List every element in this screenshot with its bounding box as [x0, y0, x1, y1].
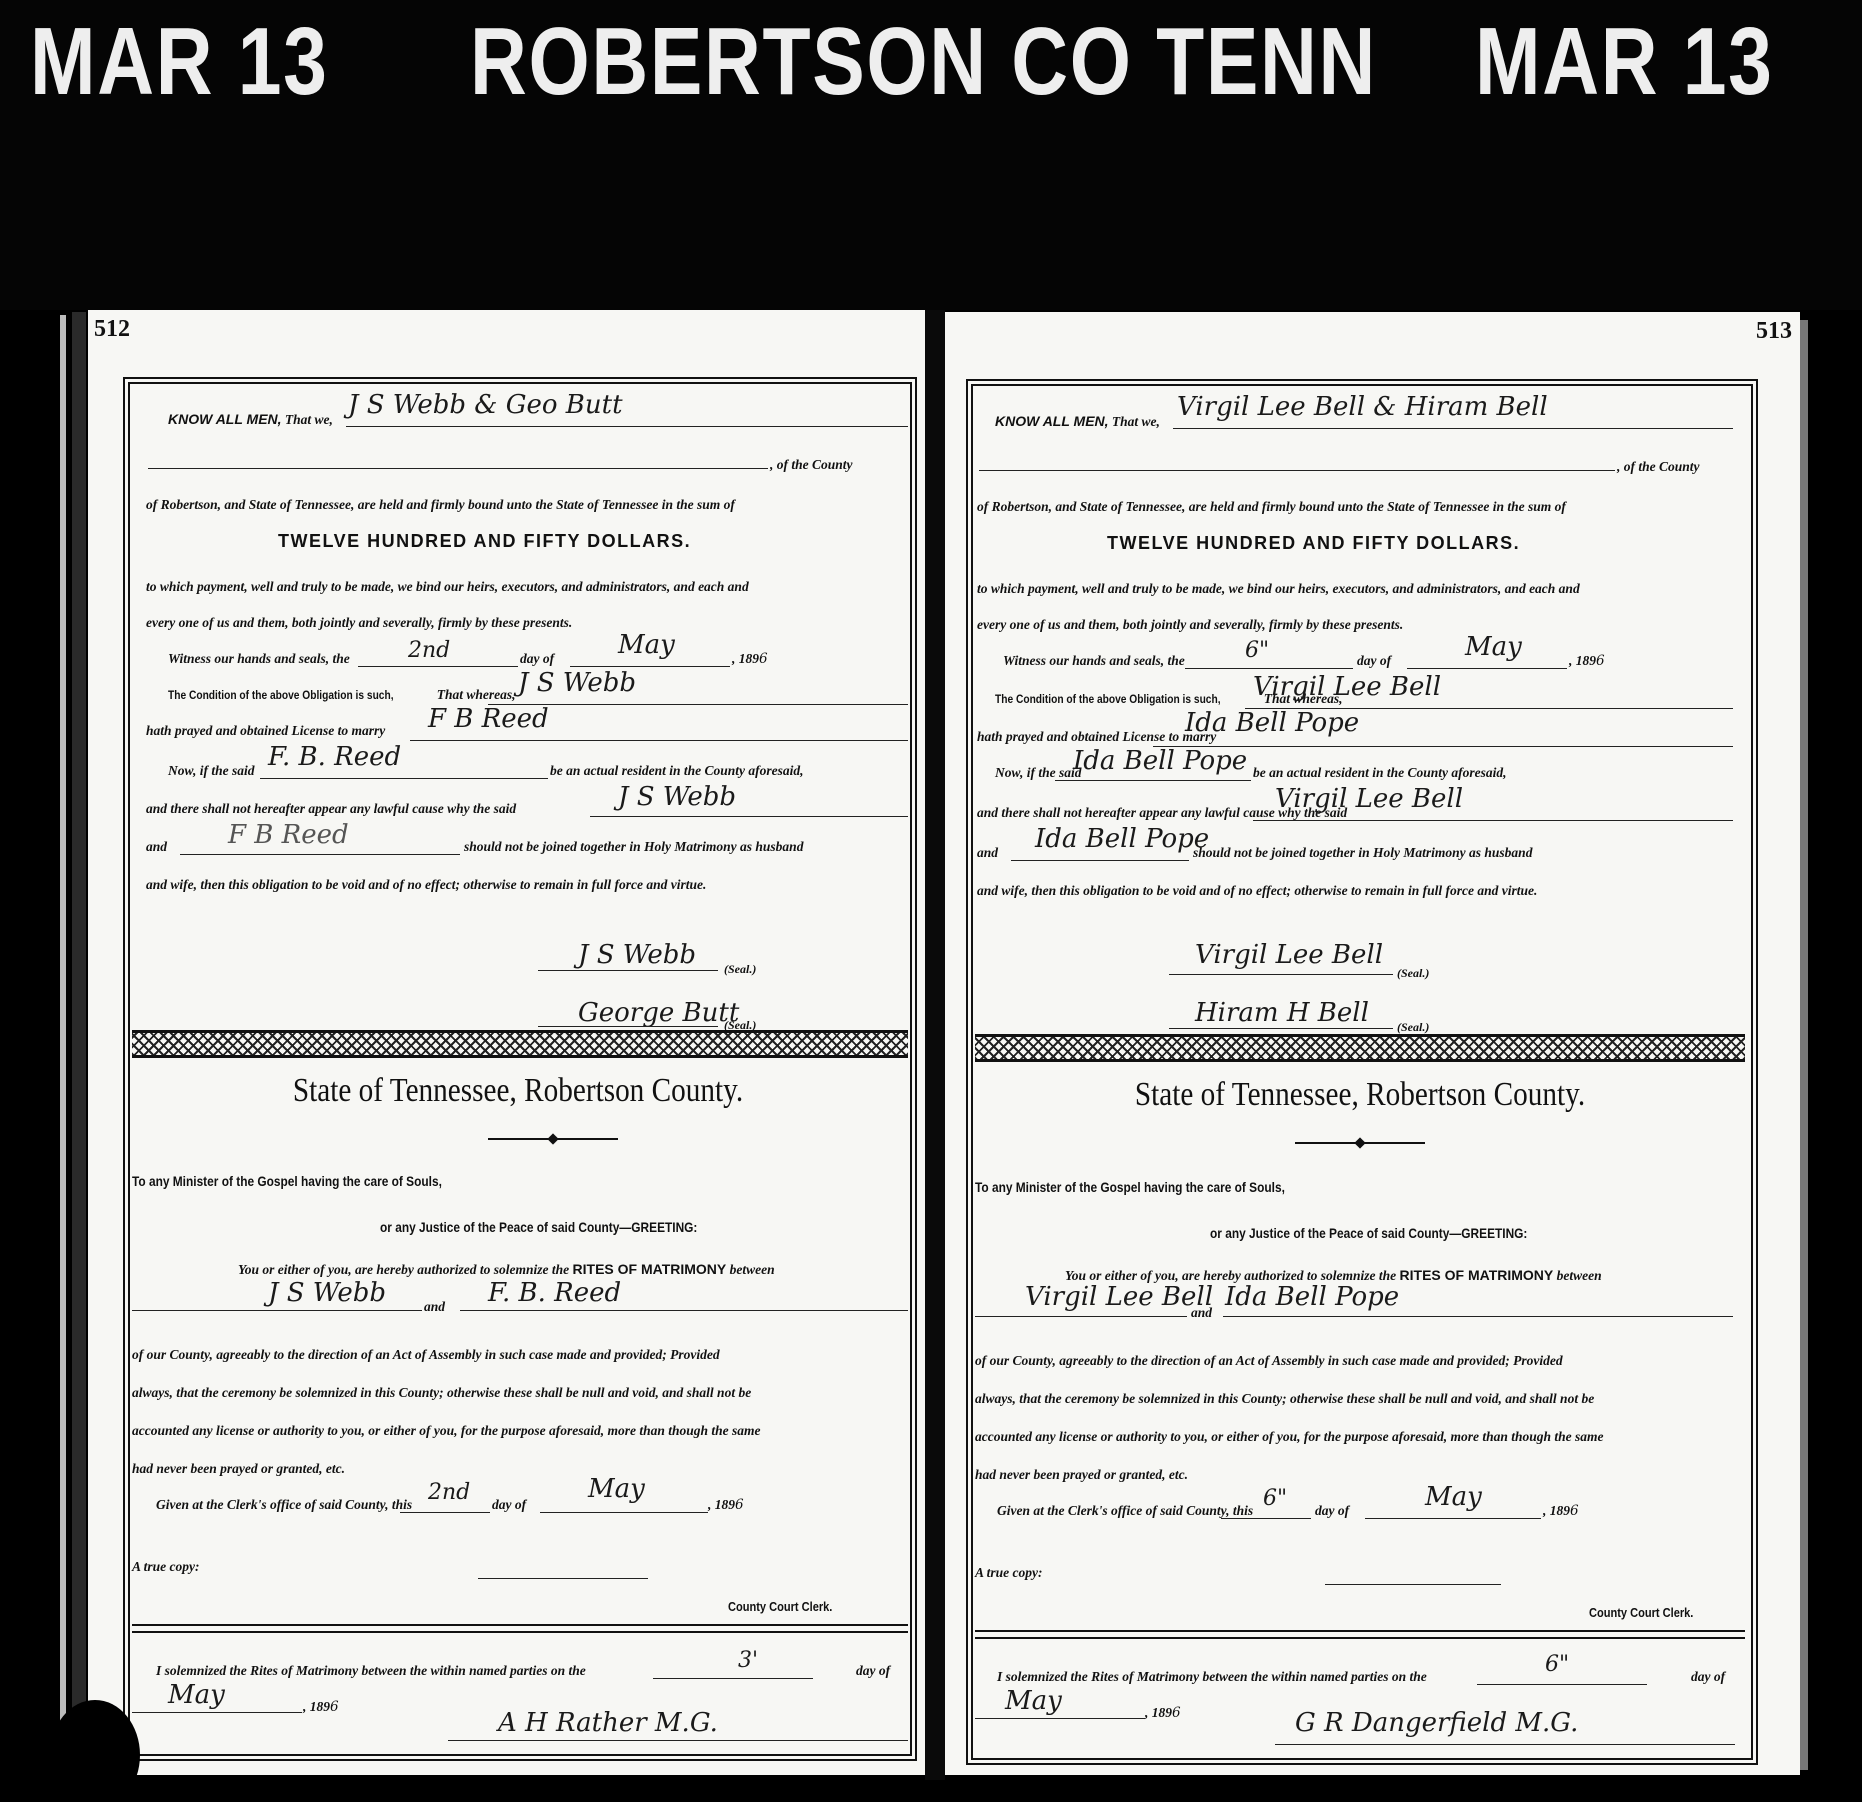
bond-amount: TWELVE HUNDRED AND FIFTY DOLLARS.: [1107, 534, 1520, 552]
book-edge-right: [1800, 320, 1808, 1770]
title-divider: [1295, 1142, 1425, 1144]
given-year: , 1896: [1543, 1502, 1579, 1520]
fill-line: [132, 1310, 422, 1311]
bond-amount: TWELVE HUNDRED AND FIFTY DOLLARS.: [278, 532, 691, 550]
fill-line: [148, 468, 768, 469]
license-para-3: accounted any license or authority to yo…: [975, 1428, 1604, 1446]
license-bride: F B Reed: [428, 706, 549, 732]
witness-day: 2nd: [408, 640, 450, 662]
title-divider: [488, 1138, 618, 1140]
fill-line: [1477, 1684, 1647, 1685]
officiant-signature: A H Rather M.G.: [498, 1710, 718, 1736]
solemnized-month: May: [168, 1682, 225, 1708]
witness-label: Witness our hands and seals, the: [1003, 652, 1185, 670]
license-title: State of Tennessee, Robertson County.: [1025, 1076, 1694, 1114]
void-label: and wife, then this obligation to be voi…: [977, 882, 1537, 900]
and-name: F B Reed: [228, 822, 349, 848]
now-if-name: Ida Bell Pope: [1073, 748, 1247, 774]
bond-of-county: , of the County: [770, 456, 853, 474]
fill-line: [1055, 780, 1251, 781]
fill-line: [1221, 1518, 1311, 1519]
given-month: May: [1425, 1484, 1482, 1510]
witness-day-of: day of: [1357, 652, 1391, 670]
ornamental-border: [132, 1030, 908, 1058]
given-year: , 1896: [708, 1496, 744, 1514]
signature-line: [538, 970, 718, 971]
license-para-1: of our County, agreeably to the directio…: [975, 1352, 1563, 1370]
solemnized-year: , 1896: [1145, 1704, 1181, 1722]
solemnized-month: May: [1005, 1688, 1062, 1714]
fill-line: [1365, 1518, 1541, 1519]
witness-year: , 1896: [1569, 652, 1605, 670]
witness-day: 6": [1245, 640, 1269, 662]
fill-line: [358, 666, 518, 667]
lawful-cause-name: Virgil Lee Bell: [1275, 786, 1463, 812]
fill-line: [1173, 428, 1733, 429]
clerk-label: County Court Clerk.: [728, 1598, 832, 1616]
to-minister: To any Minister of the Gospel having the…: [975, 1178, 1285, 1196]
bond-intro: KNOW ALL MEN, That we,: [995, 412, 1160, 431]
lawful-cause-label: and there shall not hereafter appear any…: [146, 800, 516, 818]
seal-1: (Seal.): [1397, 964, 1429, 982]
license-party-2: Ida Bell Pope: [1225, 1284, 1399, 1310]
witness-month: May: [1465, 634, 1522, 660]
joined-label: should not be joined together in Holy Ma…: [464, 838, 803, 856]
now-if-name: F. B. Reed: [268, 744, 401, 770]
given-month: May: [588, 1476, 645, 1502]
license-to-marry-label: hath prayed and obtained License to marr…: [977, 728, 1216, 746]
microfilm-header: MAR 13 ROBERTSON CO TENN MAR 13: [0, 0, 1862, 310]
signature-line: [1169, 1028, 1393, 1029]
header-left-date: MAR 13: [30, 14, 329, 110]
bond-principals: J S Webb & Geo Butt: [348, 392, 623, 418]
license-para-2: always, that the ceremony be solemnized …: [132, 1384, 751, 1402]
header-right-date: MAR 13: [1475, 14, 1774, 110]
section-rule: [132, 1624, 908, 1633]
true-copy: A true copy:: [132, 1558, 200, 1576]
bond-principals: Virgil Lee Bell & Hiram Bell: [1177, 394, 1548, 420]
bond-line-2: of Robertson, and State of Tennessee, ar…: [977, 498, 1566, 516]
or-justice: or any Justice of the Peace of said Coun…: [380, 1218, 697, 1236]
fill-line: [346, 426, 908, 427]
section-rule: [975, 1630, 1745, 1639]
given-day-of: day of: [492, 1496, 526, 1514]
signature-1: Virgil Lee Bell: [1195, 942, 1383, 968]
page-513: 513 KNOW ALL MEN, That we, Virgil Lee Be…: [945, 312, 1800, 1775]
license-para-2: always, that the ceremony be solemnized …: [975, 1390, 1594, 1408]
fill-line: [1011, 860, 1189, 861]
fill-line: [975, 1316, 1187, 1317]
witness-year: , 1896: [732, 650, 768, 668]
license-party-2: F. B. Reed: [488, 1280, 621, 1306]
fill-line: [410, 740, 908, 741]
bond-line-4: every one of us and them, both jointly a…: [977, 616, 1403, 634]
clerk-signature-line: [478, 1578, 648, 1579]
bond-of-county: , of the County: [1617, 458, 1700, 476]
witness-label: Witness our hands and seals, the: [168, 650, 350, 668]
solemnized-day-of: day of: [856, 1662, 890, 1680]
fill-line: [400, 1512, 490, 1513]
signature-line: [1275, 1744, 1735, 1745]
seal-1: (Seal.): [724, 960, 756, 978]
condition-groom: Virgil Lee Bell: [1253, 674, 1441, 700]
fill-line: [488, 704, 908, 705]
bond-line-3: to which payment, well and truly to be m…: [146, 578, 749, 596]
given-day-of: day of: [1315, 1502, 1349, 1520]
fill-line: [260, 778, 548, 779]
signature-line: [538, 1026, 718, 1027]
clerk-signature-line: [1325, 1584, 1501, 1585]
fill-line: [1407, 668, 1567, 669]
fill-line: [460, 1310, 908, 1311]
condition-groom: J S Webb: [518, 670, 636, 696]
fill-line: [590, 816, 908, 817]
bond-line-3: to which payment, well and truly to be m…: [977, 580, 1580, 598]
witness-month: May: [618, 632, 675, 658]
signature-line: [1169, 974, 1393, 975]
book-spine: [925, 310, 945, 1780]
license-para-3: accounted any license or authority to yo…: [132, 1422, 761, 1440]
thumb-shadow: [50, 1700, 140, 1802]
license-para-1: of our County, agreeably to the directio…: [132, 1346, 720, 1364]
license-bride: Ida Bell Pope: [1185, 710, 1359, 736]
page-512: 512 KNOW ALL MEN, That we, J S Webb & Ge…: [88, 310, 925, 1775]
signature-1: J S Webb: [578, 942, 696, 968]
to-minister: To any Minister of the Gospel having the…: [132, 1172, 442, 1190]
ornamental-border: [975, 1034, 1745, 1062]
fill-line: [132, 1712, 302, 1713]
license-and: and: [1191, 1304, 1212, 1322]
license-and: and: [424, 1298, 445, 1316]
and-label: and: [977, 844, 998, 862]
license-to-marry-label: hath prayed and obtained License to marr…: [146, 722, 385, 740]
witness-day-of: day of: [520, 650, 554, 668]
page-number: 513: [1756, 318, 1792, 345]
bond-intro: KNOW ALL MEN, That we,: [168, 410, 333, 429]
fill-line: [1253, 820, 1733, 821]
page-number: 512: [94, 316, 130, 343]
bond-line-2: of Robertson, and State of Tennessee, ar…: [146, 496, 735, 514]
given-day: 2nd: [428, 1482, 470, 1504]
given-label: Given at the Clerk's office of said Coun…: [156, 1496, 412, 1514]
and-label: and: [146, 838, 167, 856]
license-party-1: Virgil Lee Bell: [1025, 1284, 1213, 1310]
solemnized-label: I solemnized the Rites of Matrimony betw…: [156, 1662, 586, 1680]
now-if-label: Now, if the said: [168, 762, 255, 780]
fill-line: [653, 1678, 813, 1679]
true-copy: A true copy:: [975, 1564, 1043, 1582]
license-para-4: had never been prayed or granted, etc.: [132, 1460, 345, 1478]
resident-label: be an actual resident in the County afor…: [1253, 764, 1507, 782]
resident-label: be an actual resident in the County afor…: [550, 762, 804, 780]
fill-line: [570, 666, 730, 667]
and-name: Ida Bell Pope: [1035, 826, 1209, 852]
fill-line: [540, 1512, 708, 1513]
given-label: Given at the Clerk's office of said Coun…: [997, 1502, 1253, 1520]
bond-line-4: every one of us and them, both jointly a…: [146, 614, 572, 632]
signature-2: George Butt: [578, 1000, 739, 1026]
fill-line: [1185, 668, 1353, 669]
solemnized-label: I solemnized the Rites of Matrimony betw…: [997, 1668, 1427, 1686]
signature-2: Hiram H Bell: [1195, 1000, 1369, 1026]
solemnized-year: , 1896: [303, 1698, 339, 1716]
or-justice: or any Justice of the Peace of said Coun…: [1210, 1224, 1527, 1242]
fill-line: [975, 1718, 1145, 1719]
book-edge-left: [60, 315, 66, 1775]
joined-label: should not be joined together in Holy Ma…: [1193, 844, 1532, 862]
clerk-label: County Court Clerk.: [1589, 1604, 1693, 1622]
license-title: State of Tennessee, Robertson County.: [183, 1072, 854, 1110]
book-binding-left: [72, 312, 86, 1777]
authorized-line: You or either of you, are hereby authori…: [238, 1260, 775, 1279]
license-party-1: J S Webb: [268, 1280, 386, 1306]
fill-line: [180, 854, 460, 855]
license-para-4: had never been prayed or granted, etc.: [975, 1466, 1188, 1484]
solemnized-day-of: day of: [1691, 1668, 1725, 1686]
fill-line: [979, 470, 1615, 471]
signature-line: [448, 1740, 908, 1741]
given-day: 6": [1263, 1488, 1287, 1510]
officiant-signature: G R Dangerfield M.G.: [1295, 1710, 1578, 1736]
void-label: and wife, then this obligation to be voi…: [146, 876, 706, 894]
header-title: ROBERTSON CO TENN: [470, 14, 1377, 110]
condition-label: The Condition of the above Obligation is…: [168, 686, 515, 704]
fill-line: [1223, 1316, 1733, 1317]
solemnized-day: 3': [738, 1650, 758, 1672]
solemnized-day: 6": [1545, 1654, 1569, 1676]
lawful-cause-name: J S Webb: [618, 784, 736, 810]
